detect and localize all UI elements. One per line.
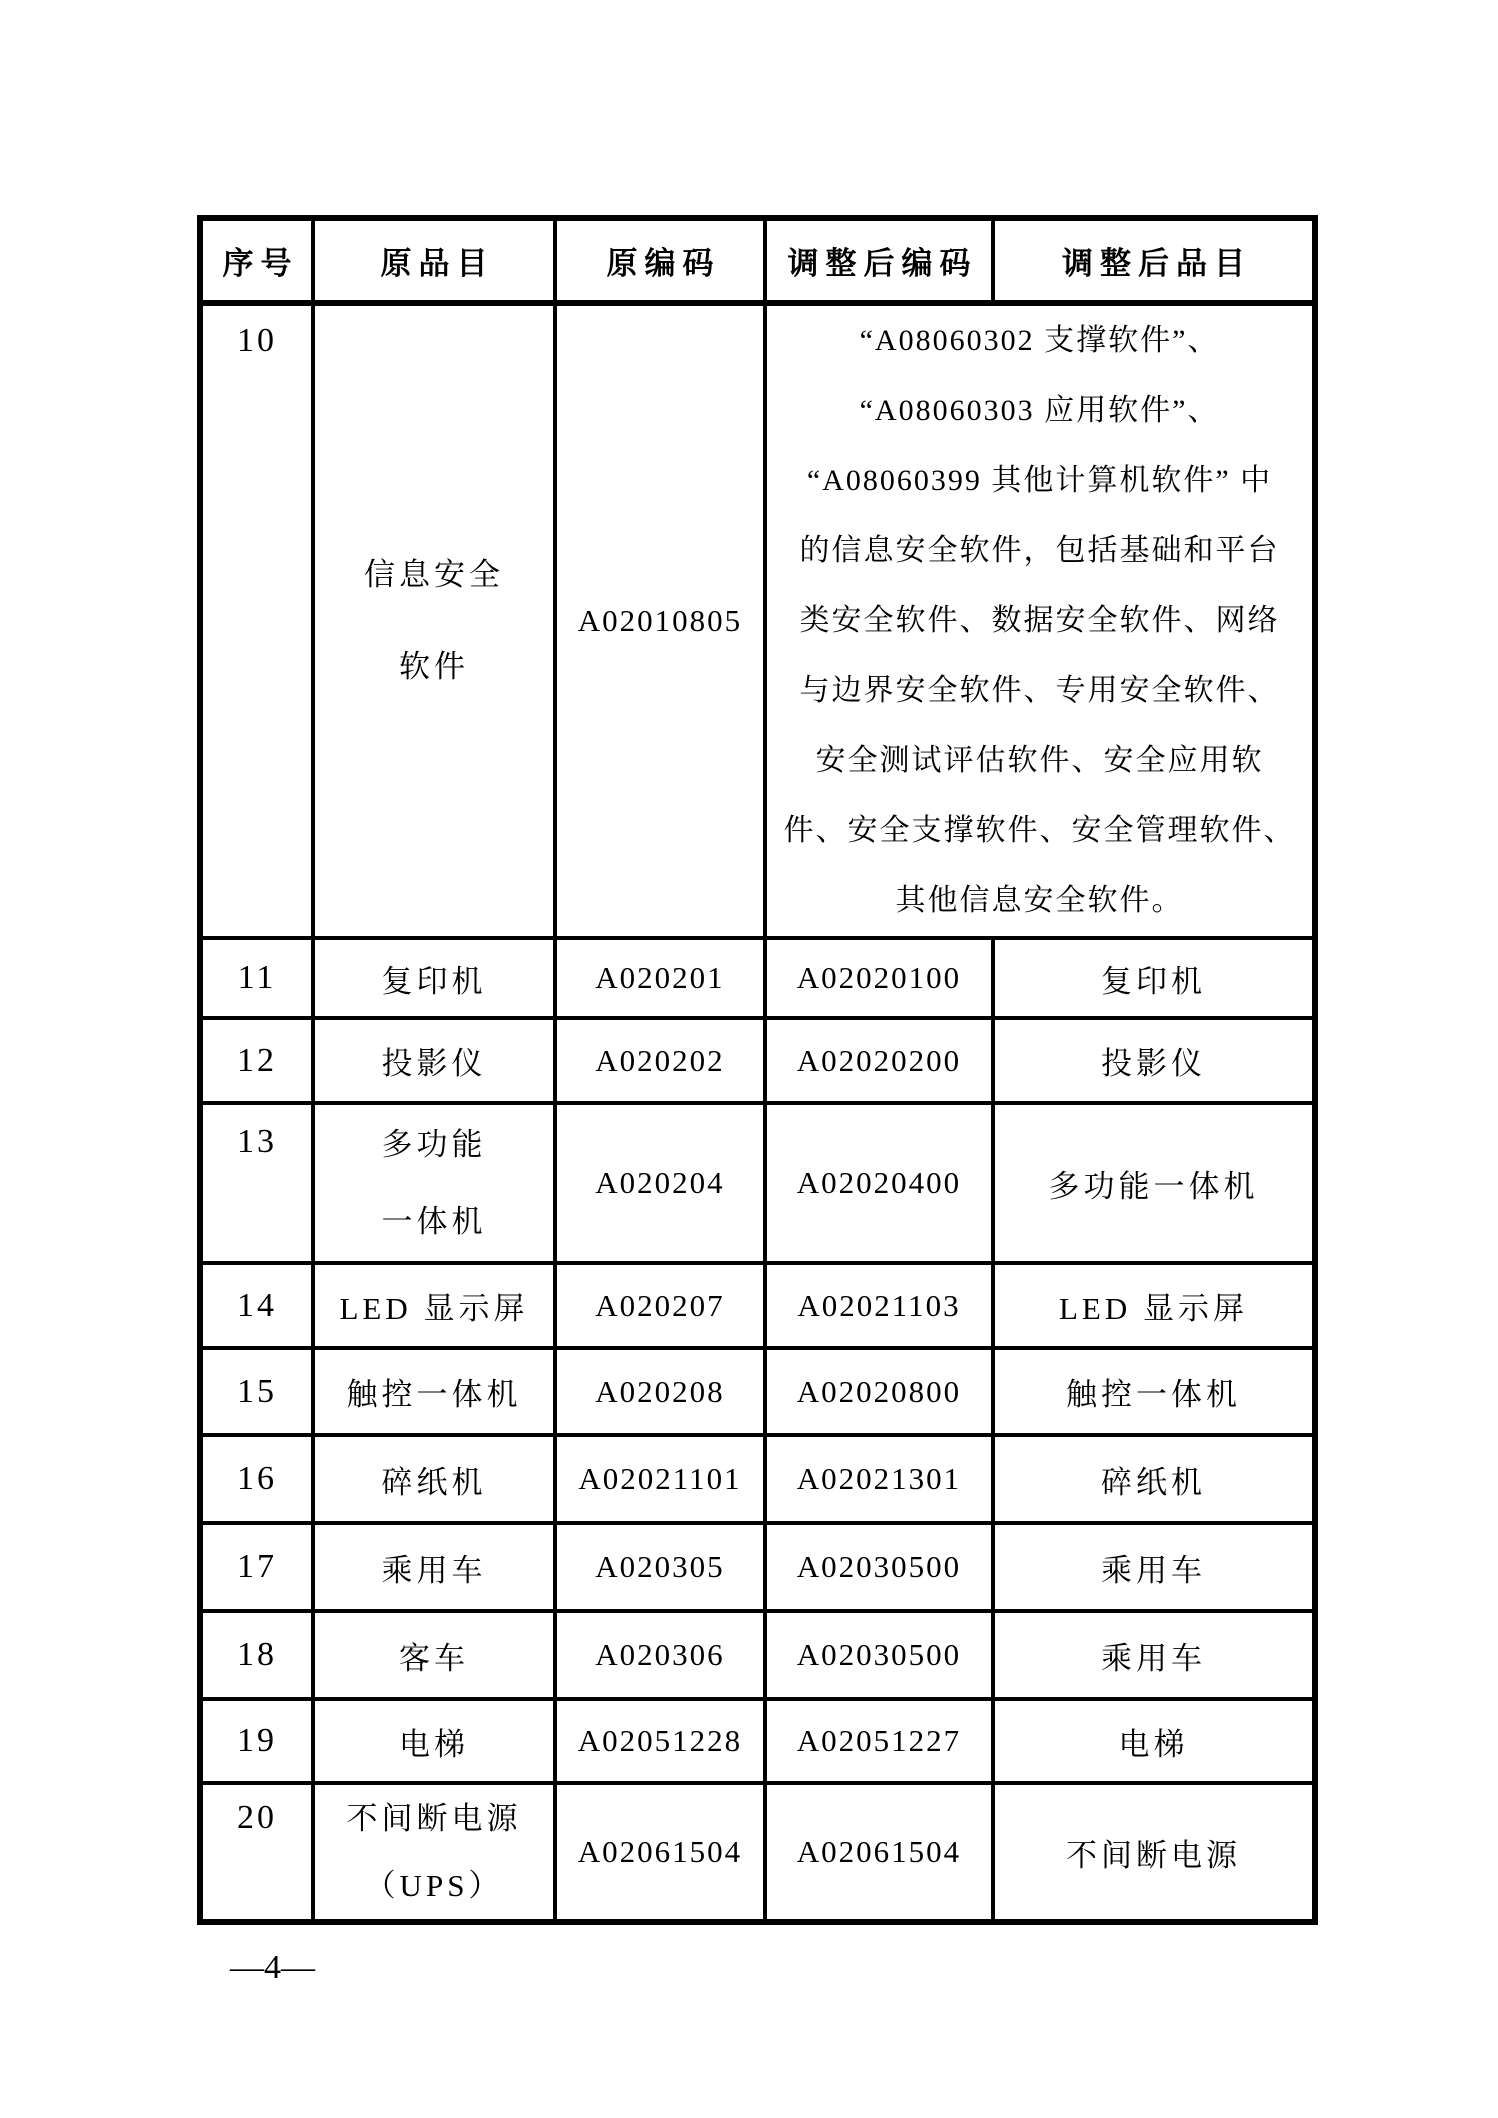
row11-new-code: A02020100 xyxy=(765,938,993,1018)
desc-line: 类安全软件、数据安全软件、网络 xyxy=(767,586,1312,656)
row15-old-item: 触控一体机 xyxy=(313,1348,555,1435)
row16-seq: 16 xyxy=(200,1435,313,1523)
document-page: 序号 原品目 原编码 调整后编码 调整后品目 10 信息安全 软件 A02010… xyxy=(0,0,1498,2118)
row14-new-code: A02021103 xyxy=(765,1263,993,1348)
row12-old-code: A020202 xyxy=(555,1018,765,1103)
table-row-19: 19 电梯 A02051228 A02051227 电梯 xyxy=(200,1699,1315,1783)
row17-seq: 17 xyxy=(200,1523,313,1611)
row20-old-code: A02061504 xyxy=(555,1783,765,1922)
col-header-new-item: 调整后品目 xyxy=(993,218,1315,303)
row16-new-code: A02021301 xyxy=(765,1435,993,1523)
table-row-10: 10 信息安全 软件 A02010805 “A08060302 支撑软件”、 “… xyxy=(200,303,1315,938)
row11-seq: 11 xyxy=(200,938,313,1018)
row20-seq: 20 xyxy=(200,1783,313,1922)
row15-new-code: A02020800 xyxy=(765,1348,993,1435)
item-line: 一体机 xyxy=(315,1183,553,1260)
row13-new-code: A02020400 xyxy=(765,1103,993,1263)
row13-seq: 13 xyxy=(200,1103,313,1263)
row10-old-code: A02010805 xyxy=(555,303,765,938)
row13-old-code: A020204 xyxy=(555,1103,765,1263)
row15-old-code: A020208 xyxy=(555,1348,765,1435)
row11-old-item: 复印机 xyxy=(313,938,555,1018)
row17-new-code: A02030500 xyxy=(765,1523,993,1611)
col-header-old-code: 原编码 xyxy=(555,218,765,303)
row18-old-code: A020306 xyxy=(555,1611,765,1699)
row19-new-item: 电梯 xyxy=(993,1699,1315,1783)
table-row-20: 20 不间断电源 （UPS） A02061504 A02061504 不间断电源 xyxy=(200,1783,1315,1922)
row13-old-item: 多功能 一体机 xyxy=(313,1103,555,1263)
row17-old-item: 乘用车 xyxy=(313,1523,555,1611)
row10-old-item: 信息安全 软件 xyxy=(313,303,555,938)
desc-line: “A08060399 其他计算机软件” 中 xyxy=(767,446,1312,516)
row20-new-item: 不间断电源 xyxy=(993,1783,1315,1922)
page-number: —4— xyxy=(230,1948,315,1988)
row20-old-item: 不间断电源 （UPS） xyxy=(313,1783,555,1922)
row16-new-item: 碎纸机 xyxy=(993,1435,1315,1523)
row19-old-item: 电梯 xyxy=(313,1699,555,1783)
col-header-new-code: 调整后编码 xyxy=(765,218,993,303)
item-line: 软件 xyxy=(315,621,553,713)
row11-new-item: 复印机 xyxy=(993,938,1315,1018)
desc-line: 件、安全支撑软件、安全管理软件、 xyxy=(767,796,1312,866)
row17-old-code: A020305 xyxy=(555,1523,765,1611)
table-row-11: 11 复印机 A020201 A02020100 复印机 xyxy=(200,938,1315,1018)
row18-new-code: A02030500 xyxy=(765,1611,993,1699)
row19-seq: 19 xyxy=(200,1699,313,1783)
table-row-18: 18 客车 A020306 A02030500 乘用车 xyxy=(200,1611,1315,1699)
item-line: 不间断电源 xyxy=(315,1785,553,1852)
row12-new-code: A02020200 xyxy=(765,1018,993,1103)
row14-old-code: A020207 xyxy=(555,1263,765,1348)
desc-line: 与边界安全软件、专用安全软件、 xyxy=(767,656,1312,726)
row12-old-item: 投影仪 xyxy=(313,1018,555,1103)
desc-line: “A08060303 应用软件”、 xyxy=(767,376,1312,446)
table-row-14: 14 LED 显示屏 A020207 A02021103 LED 显示屏 xyxy=(200,1263,1315,1348)
row14-seq: 14 xyxy=(200,1263,313,1348)
row13-new-item: 多功能一体机 xyxy=(993,1103,1315,1263)
row18-seq: 18 xyxy=(200,1611,313,1699)
item-line: 信息安全 xyxy=(315,529,553,621)
item-line: 多功能 xyxy=(315,1106,553,1183)
table-row-17: 17 乘用车 A020305 A02030500 乘用车 xyxy=(200,1523,1315,1611)
row15-seq: 15 xyxy=(200,1348,313,1435)
row19-old-code: A02051228 xyxy=(555,1699,765,1783)
row16-old-item: 碎纸机 xyxy=(313,1435,555,1523)
row12-new-item: 投影仪 xyxy=(993,1018,1315,1103)
table-row-12: 12 投影仪 A020202 A02020200 投影仪 xyxy=(200,1018,1315,1103)
desc-line: 的信息安全软件，包括基础和平台 xyxy=(767,516,1312,586)
row14-old-item: LED 显示屏 xyxy=(313,1263,555,1348)
table-row-13: 13 多功能 一体机 A020204 A02020400 多功能一体机 xyxy=(200,1103,1315,1263)
row12-seq: 12 xyxy=(200,1018,313,1103)
col-header-seq: 序号 xyxy=(200,218,313,303)
row16-old-code: A02021101 xyxy=(555,1435,765,1523)
col-header-old-item: 原品目 xyxy=(313,218,555,303)
row18-new-item: 乘用车 xyxy=(993,1611,1315,1699)
row15-new-item: 触控一体机 xyxy=(993,1348,1315,1435)
row17-new-item: 乘用车 xyxy=(993,1523,1315,1611)
desc-line: 安全测试评估软件、安全应用软 xyxy=(767,726,1312,796)
table-header-row: 序号 原品目 原编码 调整后编码 调整后品目 xyxy=(200,218,1315,303)
row11-old-code: A020201 xyxy=(555,938,765,1018)
table-row-16: 16 碎纸机 A02021101 A02021301 碎纸机 xyxy=(200,1435,1315,1523)
row18-old-item: 客车 xyxy=(313,1611,555,1699)
row10-adjusted-description: “A08060302 支撑软件”、 “A08060303 应用软件”、 “A08… xyxy=(765,303,1315,938)
row20-new-code: A02061504 xyxy=(765,1783,993,1922)
row14-new-item: LED 显示屏 xyxy=(993,1263,1315,1348)
code-adjustment-table: 序号 原品目 原编码 调整后编码 调整后品目 10 信息安全 软件 A02010… xyxy=(197,215,1318,1925)
desc-line: 其他信息安全软件。 xyxy=(767,866,1312,936)
table-row-15: 15 触控一体机 A020208 A02020800 触控一体机 xyxy=(200,1348,1315,1435)
row19-new-code: A02051227 xyxy=(765,1699,993,1783)
row10-seq: 10 xyxy=(200,303,313,938)
item-line: （UPS） xyxy=(315,1852,553,1919)
desc-line: “A08060302 支撑软件”、 xyxy=(767,306,1312,376)
